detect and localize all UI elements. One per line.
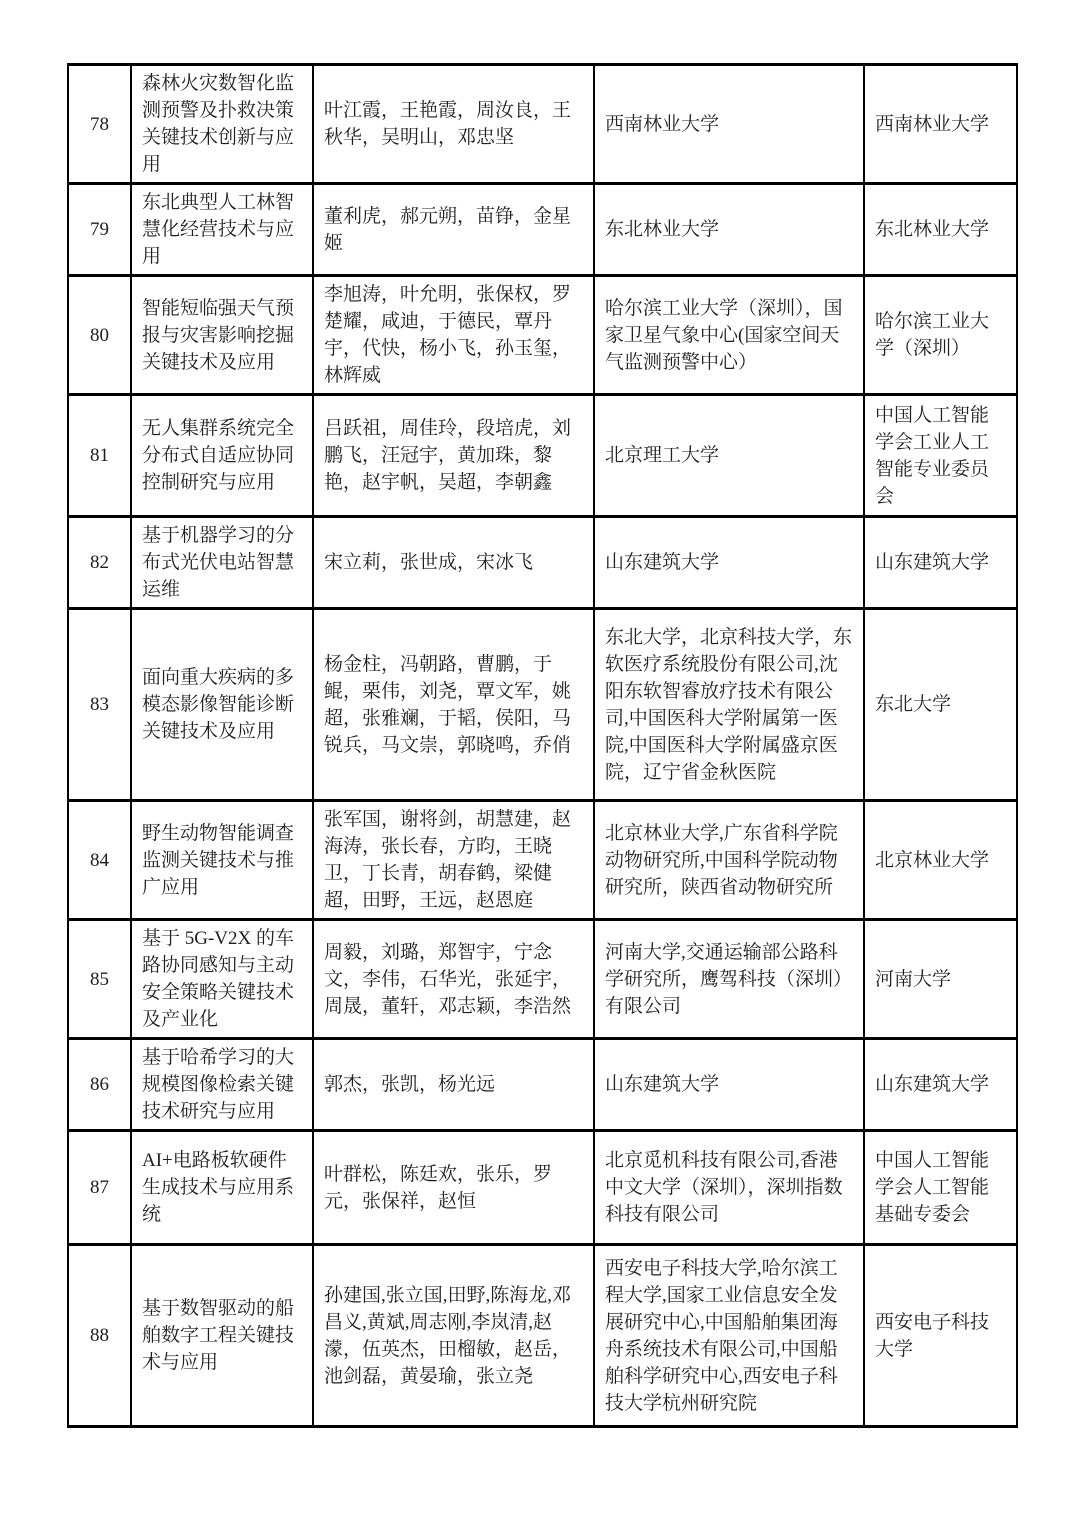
contributors-cell: 叶江霞，王艳霞，周汝良，王秋华，吴明山，邓忠坚 [313,65,594,184]
nominator-cell: 北京林业大学 [864,801,1017,920]
contributors-cell: 郭杰，张凯，杨光远 [313,1039,594,1131]
nominator-cell: 东北林业大学 [864,184,1017,276]
institutions-cell: 西南林业大学 [594,65,864,184]
project-title-cell: 森林火灾数智化监测预警及扑救决策关键技术创新与应用 [131,65,313,184]
row-number-cell: 79 [68,184,131,276]
contributors-cell: 叶群松，陈廷欢，张乐，罗元，张保祥，赵恒 [313,1131,594,1245]
nominator-cell: 西安电子科技大学 [864,1245,1017,1427]
institutions-cell: 山东建筑大学 [594,1039,864,1131]
contributors-cell: 周毅，刘璐，郑智宇，宁念文，李伟，石华光，张延宇，周晟，董轩，邓志颖，李浩然 [313,920,594,1039]
institutions-cell: 山东建筑大学 [594,517,864,609]
project-title-cell: 基于机器学习的分布式光伏电站智慧运维 [131,517,313,609]
project-title-cell: 野生动物智能调查监测关键技术与推广应用 [131,801,313,920]
contributors-cell: 董利虎，郝元朔，苗铮，金星姬 [313,184,594,276]
project-title-cell: 基于数智驱动的船舶数字工程关键技术与应用 [131,1245,313,1427]
row-number-cell: 84 [68,801,131,920]
nominator-cell: 西南林业大学 [864,65,1017,184]
row-number-cell: 78 [68,65,131,184]
row-number-cell: 86 [68,1039,131,1131]
institutions-cell: 北京觅机科技有限公司,香港中文大学（深圳），深圳指数科技有限公司 [594,1131,864,1245]
row-number-cell: 87 [68,1131,131,1245]
institutions-cell: 东北林业大学 [594,184,864,276]
institutions-cell: 东北大学，北京科技大学，东软医疗系统股份有限公司,沈阳东软智睿放疗技术有限公司,… [594,609,864,801]
row-number-cell: 81 [68,395,131,517]
table-row: 88 基于数智驱动的船舶数字工程关键技术与应用 孙建国,张立国,田野,陈海龙,邓… [68,1245,1017,1427]
contributors-cell: 张军国，谢将剑，胡慧建，赵海涛，张长春，方昀，王晓卫，丁长青，胡春鹤，梁健超，田… [313,801,594,920]
nominator-cell: 东北大学 [864,609,1017,801]
table-row: 81 无人集群系统完全分布式自适应协同控制研究与应用 吕跃祖，周佳玲，段培虎，刘… [68,395,1017,517]
project-title-cell: 基于哈希学习的大规模图像检索关键技术研究与应用 [131,1039,313,1131]
document-page: 78 森林火灾数智化监测预警及扑救决策关键技术创新与应用 叶江霞，王艳霞，周汝良… [0,0,1080,1527]
nominator-cell: 中国人工智能学会工业人工智能专业委员会 [864,395,1017,517]
table-row: 86 基于哈希学习的大规模图像检索关键技术研究与应用 郭杰，张凯，杨光远 山东建… [68,1039,1017,1131]
institutions-cell: 河南大学,交通运输部公路科学研究所，鹰驾科技（深圳）有限公司 [594,920,864,1039]
table-row: 79 东北典型人工林智慧化经营技术与应用 董利虎，郝元朔，苗铮，金星姬 东北林业… [68,184,1017,276]
row-number-cell: 82 [68,517,131,609]
nominator-cell: 山东建筑大学 [864,1039,1017,1131]
contributors-cell: 孙建国,张立国,田野,陈海龙,邓昌义,黄斌,周志刚,李岚清,赵濛，伍英杰，田榴敏… [313,1245,594,1427]
row-number-cell: 85 [68,920,131,1039]
project-title-cell: 面向重大疾病的多模态影像智能诊断关键技术及应用 [131,609,313,801]
nominator-cell: 哈尔滨工业大学（深圳） [864,276,1017,395]
table-row: 85 基于 5G-V2X 的车路协同感知与主动安全策略关键技术及产业化 周毅，刘… [68,920,1017,1039]
institutions-cell: 哈尔滨工业大学（深圳），国家卫星气象中心(国家空间天气监测预警中心） [594,276,864,395]
table-row: 80 智能短临强天气预报与灾害影响挖掘关键技术及应用 李旭涛，叶允明，张保权，罗… [68,276,1017,395]
nominator-cell: 河南大学 [864,920,1017,1039]
contributors-cell: 杨金柱，冯朝路，曹鹏，于鲲，栗伟，刘尧，覃文军，姚超，张雅斓，于韬，侯阳，马锐兵… [313,609,594,801]
institutions-cell: 西安电子科技大学,哈尔滨工程大学,国家工业信息安全发展研究中心,中国船舶集团海舟… [594,1245,864,1427]
institutions-cell: 北京理工大学 [594,395,864,517]
table-row: 78 森林火灾数智化监测预警及扑救决策关键技术创新与应用 叶江霞，王艳霞，周汝良… [68,65,1017,184]
table-row: 87 AI+电路板软硬件生成技术与应用系统 叶群松，陈廷欢，张乐，罗元，张保祥，… [68,1131,1017,1245]
project-title-cell: 基于 5G-V2X 的车路协同感知与主动安全策略关键技术及产业化 [131,920,313,1039]
table-row: 82 基于机器学习的分布式光伏电站智慧运维 宋立莉，张世成，宋冰飞 山东建筑大学… [68,517,1017,609]
nominator-cell: 中国人工智能学会人工智能基础专委会 [864,1131,1017,1245]
project-title-cell: 无人集群系统完全分布式自适应协同控制研究与应用 [131,395,313,517]
row-number-cell: 88 [68,1245,131,1427]
awards-table: 78 森林火灾数智化监测预警及扑救决策关键技术创新与应用 叶江霞，王艳霞，周汝良… [67,63,1018,1428]
table-row: 83 面向重大疾病的多模态影像智能诊断关键技术及应用 杨金柱，冯朝路，曹鹏，于鲲… [68,609,1017,801]
awards-table-body: 78 森林火灾数智化监测预警及扑救决策关键技术创新与应用 叶江霞，王艳霞，周汝良… [68,65,1017,1427]
nominator-cell: 山东建筑大学 [864,517,1017,609]
project-title-cell: 东北典型人工林智慧化经营技术与应用 [131,184,313,276]
row-number-cell: 83 [68,609,131,801]
project-title-cell: AI+电路板软硬件生成技术与应用系统 [131,1131,313,1245]
contributors-cell: 吕跃祖，周佳玲，段培虎，刘鹏飞，汪冠宇，黄加珠，黎艳，赵宇帆，吴超，李朝鑫 [313,395,594,517]
row-number-cell: 80 [68,276,131,395]
contributors-cell: 宋立莉，张世成，宋冰飞 [313,517,594,609]
institutions-cell: 北京林业大学,广东省科学院动物研究所,中国科学院动物研究所，陕西省动物研究所 [594,801,864,920]
project-title-cell: 智能短临强天气预报与灾害影响挖掘关键技术及应用 [131,276,313,395]
table-row: 84 野生动物智能调查监测关键技术与推广应用 张军国，谢将剑，胡慧建，赵海涛，张… [68,801,1017,920]
contributors-cell: 李旭涛，叶允明，张保权，罗楚耀，咸迪，于德民，覃丹宇，代快，杨小飞，孙玉玺，林辉… [313,276,594,395]
